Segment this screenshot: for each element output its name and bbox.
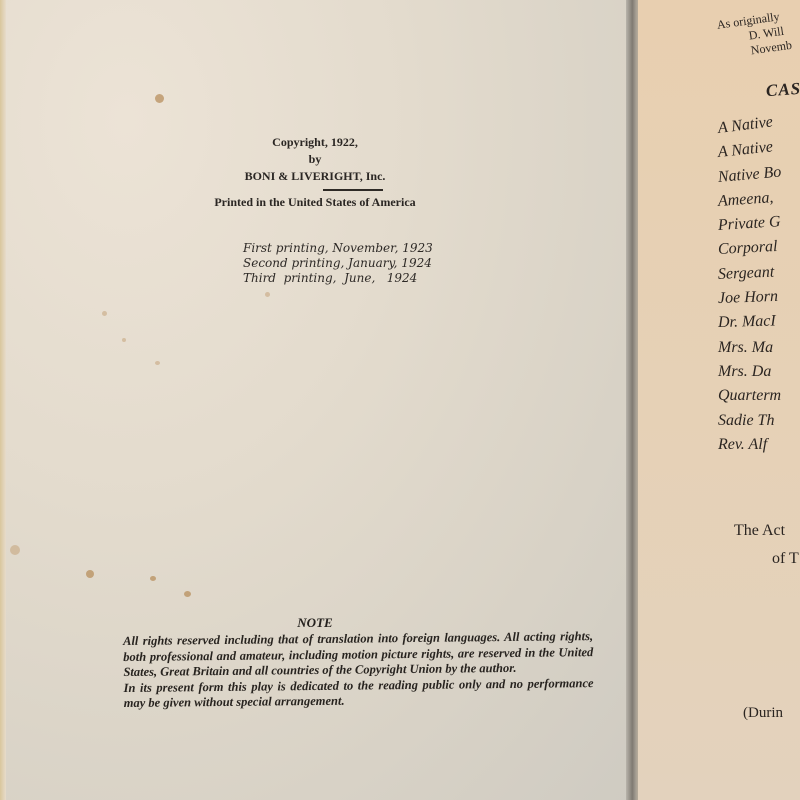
- note-paragraph: All rights reserved including that of tr…: [123, 629, 593, 680]
- cast-item: Mrs. Da: [718, 360, 782, 384]
- cast-item: Joe Horn: [718, 285, 782, 311]
- publisher-name: BONI & LIVERIGHT, Inc.: [0, 168, 630, 185]
- cast-item: Mrs. Ma: [718, 336, 782, 360]
- divider-rule: [323, 189, 383, 191]
- foxing-spot: [265, 292, 270, 297]
- right-page: As originally D. Will Novemb CAS A Nativ…: [638, 0, 800, 800]
- cast-list: A Native A Native Native Bo Ameena, Priv…: [718, 117, 782, 457]
- during-note: (Durin: [743, 705, 783, 722]
- foxing-spot: [102, 311, 107, 316]
- copyright-block: Copyright, 1922, by BONI & LIVERIGHT, In…: [0, 134, 630, 185]
- acts-note: The Act: [734, 522, 785, 540]
- foxing-spot: [10, 545, 20, 555]
- copyright-by: by: [0, 151, 630, 168]
- copyright-line: Copyright, 1922,: [0, 134, 630, 151]
- foxing-spot: [155, 361, 160, 365]
- cast-item: Corporal: [717, 235, 782, 263]
- foxing-spot: [184, 591, 191, 597]
- printed-in-line: Printed in the United States of America: [0, 195, 630, 210]
- cast-heading: CAS: [765, 79, 800, 101]
- cast-item: Quarterm: [718, 384, 782, 408]
- cast-item: Sadie Th: [718, 409, 782, 433]
- cast-item: Rev. Alf: [718, 433, 782, 457]
- note-body: All rights reserved including that of tr…: [123, 629, 594, 711]
- printing-line: First printing, November, 1923: [243, 241, 433, 256]
- note-heading: NOTE: [0, 615, 630, 631]
- acts-note: of T: [772, 550, 799, 568]
- foxing-spot: [86, 570, 94, 578]
- cast-item: Sergeant: [717, 260, 782, 287]
- left-page: Copyright, 1922, by BONI & LIVERIGHT, In…: [0, 0, 630, 800]
- printing-history: First printing, November, 1923 Second pr…: [243, 241, 433, 286]
- foxing-spot: [150, 576, 156, 581]
- foxing-spot: [155, 94, 164, 103]
- foxing-spot: [122, 338, 126, 342]
- printing-line: Third printing, June, 1924: [243, 271, 433, 286]
- note-paragraph: In its present form this play is dedicat…: [123, 676, 593, 712]
- cast-item: Dr. MacI: [718, 310, 782, 336]
- printing-line: Second printing, January, 1924: [243, 256, 433, 271]
- production-note: As originally D. Will Novemb: [716, 8, 793, 62]
- page-edge: [0, 0, 6, 800]
